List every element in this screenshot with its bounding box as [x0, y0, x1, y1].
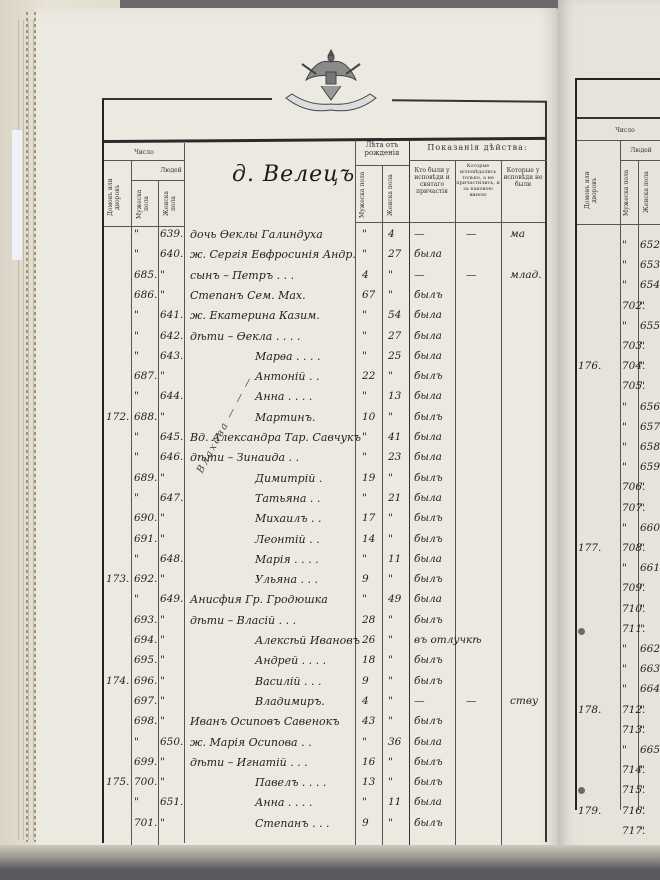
age-male: 22: [362, 370, 375, 382]
age-male: 9: [362, 817, 369, 829]
female-number: ": [160, 411, 165, 423]
person-name: Антоній . .: [255, 370, 319, 383]
male-number: ": [622, 239, 627, 251]
male-number: 691.: [134, 533, 157, 545]
person-name: Владимиръ.: [255, 695, 325, 708]
confession-status: была: [414, 492, 442, 504]
household-number: 172.: [106, 411, 129, 423]
confession-status: была: [414, 593, 442, 605]
age-male: ": [362, 350, 367, 362]
confessed-only: —: [466, 695, 477, 707]
female-number: ": [640, 300, 645, 312]
male-number: 693.: [134, 614, 157, 626]
confession-status: былъ: [414, 817, 443, 829]
male-number: ": [622, 562, 627, 574]
female-number: ": [160, 654, 165, 666]
female-number: ": [160, 715, 165, 727]
person-name: Иванъ Осиповъ Савенокъ: [190, 715, 339, 728]
confession-status: —: [414, 695, 425, 707]
person-name: сынъ – Петръ . . .: [190, 269, 294, 282]
confession-status: былъ: [414, 776, 443, 788]
female-number: ": [160, 472, 165, 484]
age-male: ": [362, 228, 367, 240]
age-female: 21: [388, 492, 401, 504]
male-number: 695.: [134, 654, 157, 666]
right-header-male: Мужеска пола: [624, 165, 636, 220]
person-name: Степанъ . . .: [255, 817, 330, 830]
age-male: 9: [362, 573, 369, 585]
person-name: ж. Екатерина Казим.: [190, 309, 320, 322]
confession-status: была: [414, 736, 442, 748]
person-name: дочь Ѳеклы Галиндуха: [190, 228, 323, 241]
male-number: ": [134, 492, 139, 504]
male-number: ": [622, 744, 627, 756]
margin-note: млад.: [510, 269, 542, 281]
female-number: 650.: [160, 736, 183, 748]
male-number: ": [134, 431, 139, 443]
right-header-female: Женска пола: [644, 165, 656, 220]
female-number: ": [160, 634, 165, 646]
confession-status: былъ: [414, 533, 443, 545]
age-female: 13: [388, 390, 401, 402]
age-female: 4: [388, 228, 395, 240]
person-name: Анна . . . .: [255, 390, 312, 403]
age-female: 54: [388, 309, 401, 321]
household-number: 179.: [578, 805, 601, 817]
female-number: 659.: [640, 461, 660, 473]
female-number: 643.: [160, 350, 183, 362]
age-male: ": [362, 796, 367, 808]
confession-status: былъ: [414, 573, 443, 585]
male-number: ": [622, 421, 627, 433]
person-name: Димитрій .: [255, 472, 322, 485]
female-number: ": [160, 370, 165, 382]
female-number: ": [640, 724, 645, 736]
female-number: ": [640, 582, 645, 594]
male-number: ": [134, 736, 139, 748]
confession-status: былъ: [414, 675, 443, 687]
age-female: 36: [388, 736, 401, 748]
age-female: ": [388, 370, 393, 382]
age-male: 10: [362, 411, 375, 423]
header-confessed-only: Которые исповѣдались только, а не причас…: [456, 164, 500, 199]
male-number: ": [622, 320, 627, 332]
female-number: ": [640, 704, 645, 716]
female-number: 664.: [640, 683, 660, 695]
male-number: 690.: [134, 512, 157, 524]
confessed-only: —: [466, 269, 477, 281]
person-name: Леонтій . .: [255, 533, 320, 546]
female-number: ": [160, 289, 165, 301]
female-number: ": [640, 481, 645, 493]
female-number: ": [160, 614, 165, 626]
age-female: 11: [388, 796, 401, 808]
age-male: 9: [362, 675, 369, 687]
age-male: ": [362, 390, 367, 402]
female-number: 641.: [160, 309, 183, 321]
male-number: ": [622, 441, 627, 453]
village-title: д. Велецъ: [232, 162, 355, 187]
person-name: Мартинъ.: [255, 411, 315, 424]
person-name: Анна . . . .: [255, 796, 312, 809]
age-female: ": [388, 817, 393, 829]
household-number: 173.: [106, 573, 129, 585]
age-female: ": [388, 411, 393, 423]
male-number: 700.: [134, 776, 157, 788]
male-number: 688.: [134, 411, 157, 423]
male-number: 686.: [134, 289, 157, 301]
age-male: ": [362, 736, 367, 748]
male-number: ": [134, 593, 139, 605]
age-female: ": [388, 715, 393, 727]
confessed-only: —: [466, 228, 477, 240]
confession-status: былъ: [414, 614, 443, 626]
male-number: 692.: [134, 573, 157, 585]
age-male: ": [362, 593, 367, 605]
female-number: 651.: [160, 796, 183, 808]
age-female: ": [388, 654, 393, 666]
male-number: ": [134, 796, 139, 808]
female-number: ": [160, 512, 165, 524]
age-male: 17: [362, 512, 375, 524]
header-confessed: Кто были у исповѣди и святаго причастія: [410, 168, 454, 196]
female-number: 658.: [640, 441, 660, 453]
right-header-households: Домовъ или дворовъ: [585, 160, 609, 220]
header-male: Мужеска пола: [137, 184, 153, 224]
confession-status: была: [414, 553, 442, 565]
male-number: ": [622, 663, 627, 675]
household-number: 175.: [106, 776, 129, 788]
female-number: 652.: [640, 239, 660, 251]
male-number: 685.: [134, 269, 157, 281]
right-header-count: Число: [600, 128, 650, 135]
person-name: Ульяна . . .: [255, 573, 318, 586]
male-number: 689.: [134, 472, 157, 484]
header-persons: Людей: [158, 168, 184, 175]
female-number: ": [160, 533, 165, 545]
person-name: Андрей . . . .: [255, 654, 326, 667]
header-female: Женска пола: [164, 184, 180, 224]
confession-status: въ отлучкѣ: [414, 634, 482, 646]
header-age-male: Мужеска пола: [360, 170, 378, 220]
male-number: 687.: [134, 370, 157, 382]
age-male: 18: [362, 654, 375, 666]
female-number: 657.: [640, 421, 660, 433]
female-number: ": [640, 603, 645, 615]
margin-note: ству: [510, 695, 538, 707]
confession-status: была: [414, 309, 442, 321]
female-number: 645.: [160, 431, 183, 443]
margin-note: ма: [510, 228, 525, 240]
confession-status: была: [414, 330, 442, 342]
female-number: ": [160, 756, 165, 768]
female-number: 644.: [160, 390, 183, 402]
person-name: Марѳа . . . .: [255, 350, 320, 363]
age-female: ": [388, 289, 393, 301]
male-number: ": [134, 350, 139, 362]
female-number: 662.: [640, 643, 660, 655]
person-name: ж. Сергія Евфросинія Андр.: [190, 248, 356, 261]
person-name: Алексѣй Ивановъ: [255, 634, 360, 647]
male-number: ": [622, 522, 627, 534]
confession-status: была: [414, 451, 442, 463]
male-number: 699.: [134, 756, 157, 768]
person-name: Татьяна . .: [255, 492, 320, 505]
female-number: ": [640, 542, 645, 554]
age-male: 67: [362, 289, 375, 301]
age-male: ": [362, 451, 367, 463]
female-number: 639.: [160, 228, 183, 240]
person-name: Василій . . .: [255, 675, 321, 688]
confession-status: былъ: [414, 654, 443, 666]
confession-status: —: [414, 269, 425, 281]
age-male: 4: [362, 269, 369, 281]
confession-status: была: [414, 431, 442, 443]
age-female: ": [388, 472, 393, 484]
household-number: 178.: [578, 704, 601, 716]
confession-status: былъ: [414, 715, 443, 727]
confession-status: былъ: [414, 756, 443, 768]
age-female: ": [388, 634, 393, 646]
female-number: ": [160, 695, 165, 707]
age-female: ": [388, 533, 393, 545]
age-female: 41: [388, 431, 401, 443]
male-number: ": [134, 228, 139, 240]
confession-status: былъ: [414, 370, 443, 382]
male-number: ": [622, 401, 627, 413]
household-number: 176.: [578, 360, 601, 372]
confession-status: была: [414, 248, 442, 260]
female-number: ": [160, 573, 165, 585]
female-number: ": [640, 502, 645, 514]
female-number: 656.: [640, 401, 660, 413]
female-number: 646.: [160, 451, 183, 463]
person-name: дѣти – Игнатій . . .: [190, 756, 308, 769]
age-female: ": [388, 512, 393, 524]
age-female: ": [388, 269, 393, 281]
female-number: 665.: [640, 744, 660, 756]
person-name: Павелъ . . . .: [255, 776, 326, 789]
male-number: 694.: [134, 634, 157, 646]
male-number: ": [134, 309, 139, 321]
right-header-persons: Людей: [622, 148, 660, 155]
age-female: 49: [388, 593, 401, 605]
female-number: 647.: [160, 492, 183, 504]
age-male: ": [362, 492, 367, 504]
male-number: ": [134, 553, 139, 565]
household-number: 177.: [578, 542, 601, 554]
header-age: Лѣта отъ рожденія: [356, 141, 408, 157]
female-number: 648.: [160, 553, 183, 565]
person-name: Степанъ Сем. Мах.: [190, 289, 306, 302]
female-number: 654.: [640, 279, 660, 291]
binding-hole: [578, 628, 585, 635]
age-female: ": [388, 675, 393, 687]
female-number: 660.: [640, 522, 660, 534]
male-number: ": [622, 461, 627, 473]
age-female: ": [388, 573, 393, 585]
binding-hole: [578, 787, 585, 794]
male-number: ": [134, 330, 139, 342]
female-number: 640.: [160, 248, 183, 260]
male-number: 698.: [134, 715, 157, 727]
female-number: ": [640, 764, 645, 776]
person-name: Михаилъ . .: [255, 512, 322, 525]
confession-status: былъ: [414, 472, 443, 484]
male-number: ": [134, 248, 139, 260]
age-female: 27: [388, 248, 401, 260]
age-male: 26: [362, 634, 375, 646]
age-male: ": [362, 330, 367, 342]
age-female: 27: [388, 330, 401, 342]
female-number: 649.: [160, 593, 183, 605]
confession-status: былъ: [414, 411, 443, 423]
age-male: 14: [362, 533, 375, 545]
age-male: 16: [362, 756, 375, 768]
age-female: 23: [388, 451, 401, 463]
female-number: ": [640, 805, 645, 817]
person-name: дѣти – Ѳекла . . . .: [190, 330, 300, 343]
age-male: ": [362, 553, 367, 565]
person-name: дѣти – Власій . . .: [190, 614, 296, 627]
male-number: 697.: [134, 695, 157, 707]
age-female: ": [388, 614, 393, 626]
female-number: ": [640, 380, 645, 392]
age-male: ": [362, 248, 367, 260]
male-number: ": [622, 259, 627, 271]
female-number: ": [640, 360, 645, 372]
header-not-confessed: Которые у исповѣди не были: [502, 168, 544, 189]
header-confession: Показанія дѣйства:: [410, 143, 545, 152]
female-number: 653.: [640, 259, 660, 271]
male-number: 701.: [134, 817, 157, 829]
header-age-female: Женска пола: [388, 170, 406, 220]
person-name: Марія . . . .: [255, 553, 319, 566]
age-female: ": [388, 776, 393, 788]
male-number: ": [622, 643, 627, 655]
confession-status: былъ: [414, 289, 443, 301]
age-male: 28: [362, 614, 375, 626]
age-male: 19: [362, 472, 375, 484]
female-number: ": [160, 675, 165, 687]
male-number: ": [134, 451, 139, 463]
age-male: 13: [362, 776, 375, 788]
confession-status: была: [414, 350, 442, 362]
female-number: ": [640, 623, 645, 635]
female-number: 663.: [640, 663, 660, 675]
age-female: 25: [388, 350, 401, 362]
person-name: Анисфия Гр. Гродюшка: [190, 593, 328, 606]
male-number: ": [134, 390, 139, 402]
female-number: 655.: [640, 320, 660, 332]
household-number: 174.: [106, 675, 129, 687]
female-number: ": [640, 825, 645, 837]
age-male: ": [362, 431, 367, 443]
confession-status: была: [414, 796, 442, 808]
confession-status: былъ: [414, 512, 443, 524]
age-female: ": [388, 695, 393, 707]
age-female: 11: [388, 553, 401, 565]
bookmark-tab: [12, 130, 22, 260]
female-number: ": [640, 784, 645, 796]
age-female: ": [388, 756, 393, 768]
female-number: ": [640, 340, 645, 352]
person-name: ж. Марія Осипова . .: [190, 736, 312, 749]
male-number: ": [622, 683, 627, 695]
age-male: 43: [362, 715, 375, 727]
female-number: ": [160, 269, 165, 281]
female-number: ": [160, 817, 165, 829]
binding-stitch: [26, 12, 28, 842]
header-households: Домовъ или дворовъ: [108, 170, 130, 225]
age-male: 4: [362, 695, 369, 707]
confession-status: —: [414, 228, 425, 240]
female-number: 661.: [640, 562, 660, 574]
age-male: ": [362, 309, 367, 321]
confession-status: была: [414, 390, 442, 402]
male-number: 696.: [134, 675, 157, 687]
male-number: ": [622, 279, 627, 291]
female-number: ": [160, 776, 165, 788]
female-number: 642.: [160, 330, 183, 342]
header-count: Число: [131, 150, 157, 157]
